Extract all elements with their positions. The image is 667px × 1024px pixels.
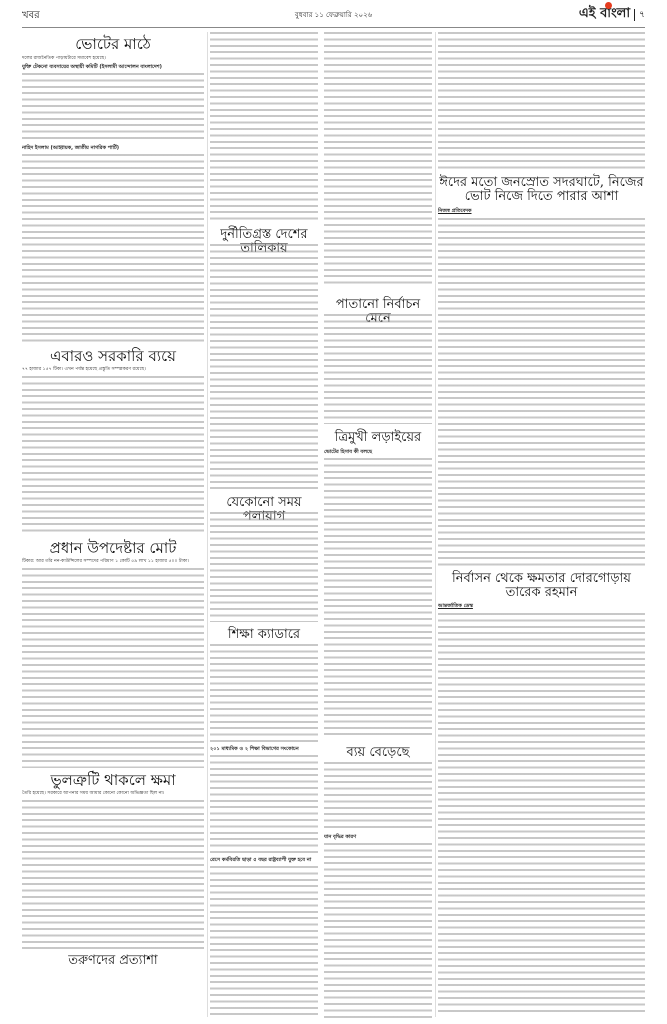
article-body [438, 32, 645, 172]
headline: নির্বাসন থেকে ক্ষমতার দোরগোড়ায় তারেক র… [438, 572, 645, 601]
brand-logo: এই বাংলা [579, 4, 630, 25]
article-intro: ৭৭ হাজার ১৫৭ টিকা। এখন পর্যন্ত হয়েছে প্… [22, 367, 204, 373]
article-body [324, 314, 432, 424]
article-body [210, 512, 318, 622]
column-divider [435, 32, 436, 1017]
headline-block: ব্যয় বেড়েছে [324, 742, 432, 763]
headline: ত্রিমুখী লড়াইয়ের [324, 431, 432, 445]
headline: প্রধান উপদেষ্টার মোট [22, 540, 204, 557]
byline: আন্তর্জাতিক ডেস্ক [438, 603, 645, 611]
article-body [22, 376, 204, 536]
article-body: ২০১ মাধ্যমিক ও ২ শিক্ষা বিভাগের সংকোচন র… [210, 644, 318, 1019]
subhead: ২০১ মাধ্যমিক ও ২ শিক্ষা বিভাগের সংকোচন [210, 746, 318, 754]
headline-block: শিক্ষা ক্যাডারে [210, 624, 318, 645]
headline-block: ত্রিমুখী লড়াইয়ের [324, 427, 432, 448]
headline: ব্যয় বেড়েছে [324, 746, 432, 760]
article-body [22, 154, 204, 344]
masthead: খবর বুধবার ১১ ফেব্রুয়ারি ২০২৬ এই বাংলা … [0, 0, 667, 28]
subhead: যান বৃদ্ধির কারণ [324, 834, 432, 842]
issue-date: বুধবার ১১ ফেব্রুয়ারি ২০২৬ [0, 9, 667, 21]
article-body: ভোটের হিসাব কী বলছে [324, 447, 432, 737]
column-divider [207, 32, 208, 1017]
article-body [210, 244, 318, 489]
article-body [22, 73, 204, 143]
article-body [438, 613, 645, 1013]
sun-icon [605, 2, 612, 9]
column-2: দুর্নীতিগ্রস্ত দেশের তালিকায় পাতানো নির… [210, 32, 432, 1022]
article-body: যান বৃদ্ধির কারণ [324, 762, 432, 1022]
headline: ভোটের মাঠে [22, 36, 204, 53]
headline: ঈদের মতো জনস্রোত সদরঘাটে, নিজের ভোট নিজে… [438, 176, 645, 205]
subhead: নাহিদ ইসলাম (আহ্বায়ক, জাতীয় নাগরিক পার… [22, 145, 204, 153]
article-intro: দলের রাজনৈতিক পাড়ায়টারে সমাবেশ হয়েছে। [22, 56, 204, 62]
article-body [22, 568, 204, 768]
article-body [438, 218, 645, 568]
page-number: ৭ [639, 7, 645, 22]
subhead: ভোটের হিসাব কী বলছে [324, 449, 432, 457]
headline: তরুণদের প্রত্যাশা [22, 954, 204, 968]
column-1: ভোটের মাঠে দলের রাজনৈতিক পাড়ায়টারে সমা… [22, 32, 204, 1022]
byline: নিজস্ব প্রতিবেদক [438, 208, 645, 216]
headline: শিক্ষা ক্যাডারে [210, 628, 318, 642]
subhead: যুক্তি টেকনো ব্যবসায়ের অস্থায়ী কমিটি (… [22, 64, 204, 72]
brand: এই বাংলা ৭ [579, 4, 645, 25]
article-intro: টিকার: আর তাঁর নন-কাউন্সিলের সম্পদের পরি… [22, 559, 204, 565]
header-rule [22, 27, 645, 28]
article-body [22, 800, 204, 950]
article-intro: তৈরি হয়েছে। সরকারে আপনার সময় আমার কোনো… [22, 791, 204, 797]
article-body [324, 32, 432, 287]
column-3: ঈদের মতো জনস্রোত সদরঘাটে, নিজের ভোট নিজে… [438, 32, 645, 1022]
headline: ভুলত্রুটি থাকলে ক্ষমা [22, 772, 204, 789]
headline: এবারও সরকারি ব্যয়ে [22, 348, 204, 365]
article-body [210, 32, 318, 222]
divider [634, 9, 635, 21]
subhead: রেসে কর্মবিরতি ছাড়া ৫ বছর রাষ্ট্রব্যাপী… [210, 857, 318, 865]
